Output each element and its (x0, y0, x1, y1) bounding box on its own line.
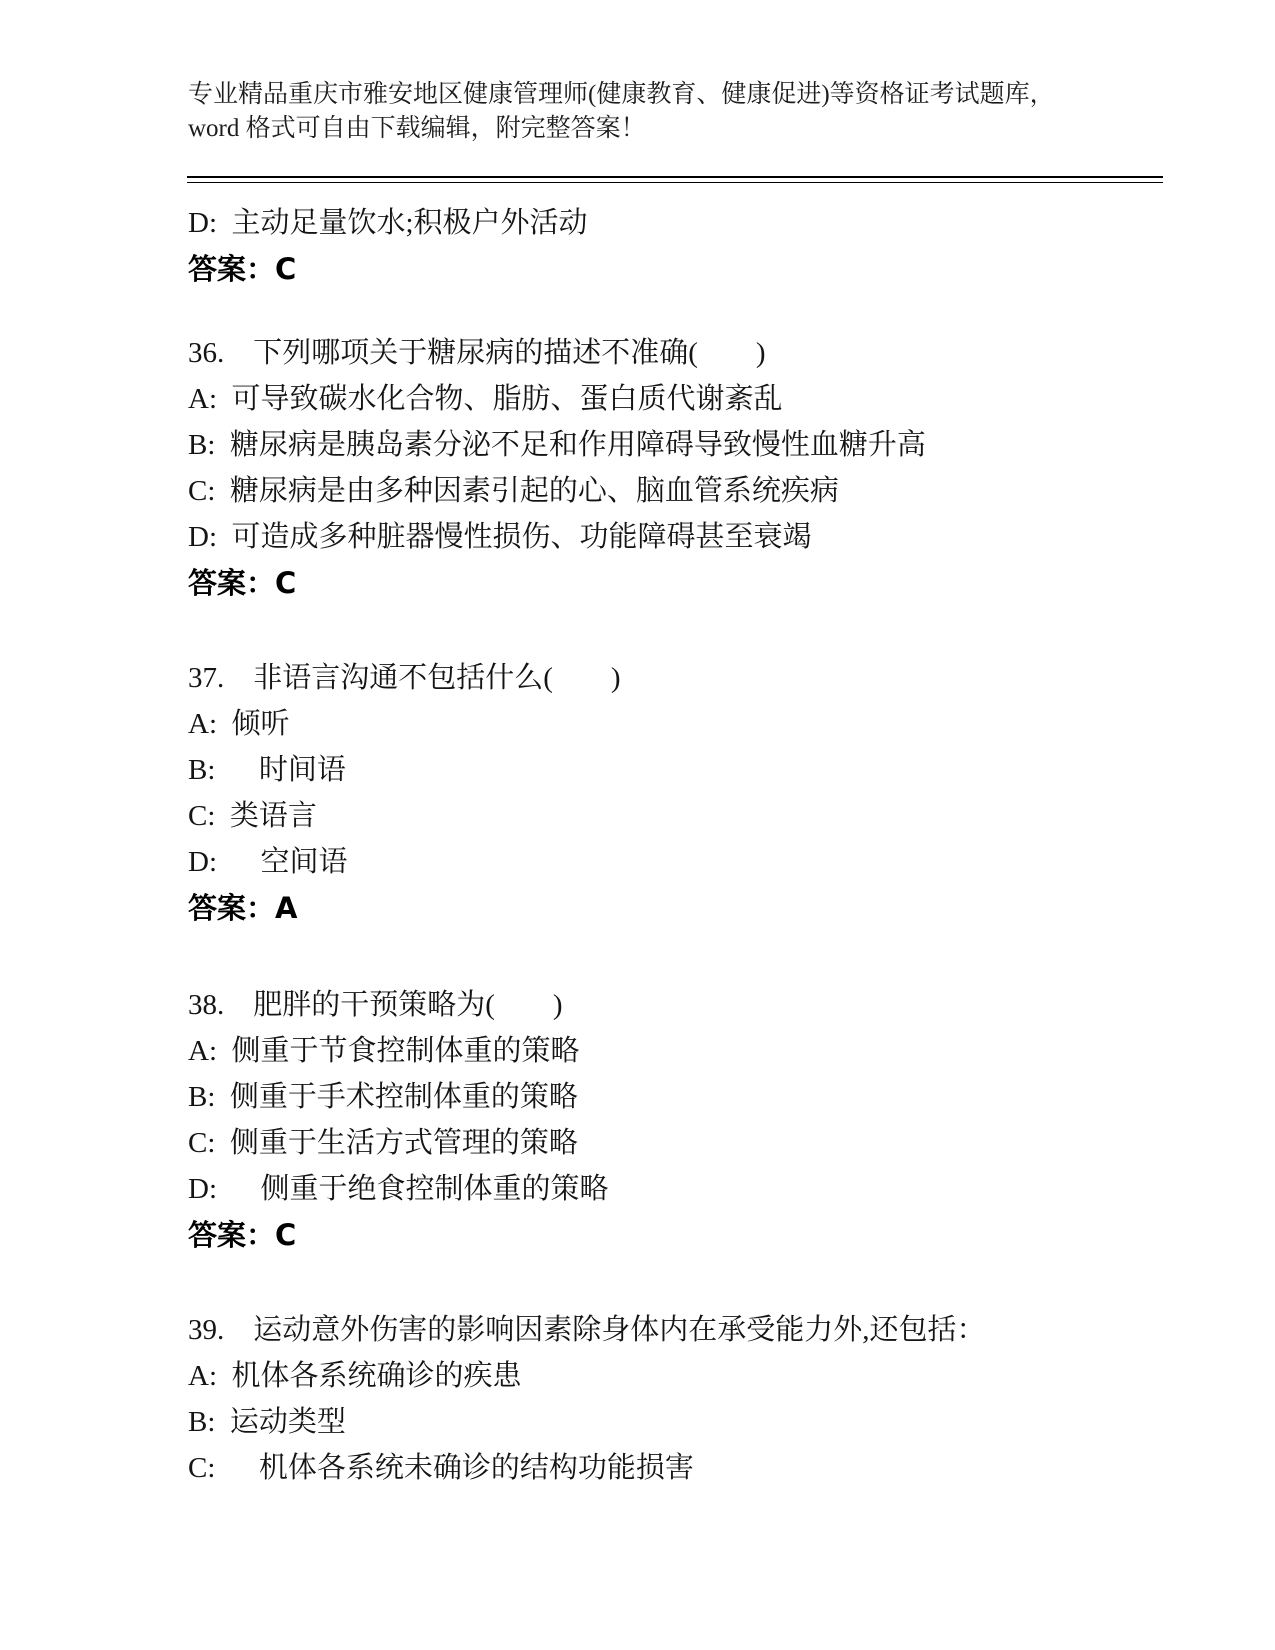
question-block-partial: D: 主动足量饮水;积极户外活动 答案：C (188, 200, 1173, 292)
option-line-a: A: 倾听 (188, 701, 1173, 747)
document-page: 专业精品重庆市雅安地区健康管理师(健康教育、健康促进)等资格证考试题库， wor… (0, 0, 1275, 1650)
question-block-37: 37. 非语言沟通不包括什么( ) A: 倾听 B: 时间语 C: 类语言 D:… (188, 655, 1173, 931)
option-line-b: B: 侧重于手术控制体重的策略 (188, 1074, 1173, 1120)
option-line-a: A: 机体各系统确诊的疾患 (188, 1353, 1173, 1399)
question-title: 36. 下列哪项关于糖尿病的描述不准确( ) (188, 330, 1173, 376)
answer-line: 答案：A (188, 885, 1173, 931)
question-block-39: 39. 运动意外伤害的影响因素除身体内在承受能力外,还包括： A: 机体各系统确… (188, 1307, 1173, 1491)
answer-line: 答案：C (188, 246, 1173, 292)
question-block-38: 38. 肥胖的干预策略为( ) A: 侧重于节食控制体重的策略 B: 侧重于手术… (188, 982, 1173, 1258)
header-line-2: word 格式可自由下载编辑，附完整答案！ (188, 112, 1168, 146)
option-line-b: B: 时间语 (188, 747, 1173, 793)
question-title: 39. 运动意外伤害的影响因素除身体内在承受能力外,还包括： (188, 1307, 1173, 1353)
option-line-a: A: 侧重于节食控制体重的策略 (188, 1028, 1173, 1074)
question-title: 38. 肥胖的干预策略为( ) (188, 982, 1173, 1028)
answer-line: 答案：C (188, 560, 1173, 606)
answer-line: 答案：C (188, 1212, 1173, 1258)
option-line-d: D: 主动足量饮水;积极户外活动 (188, 200, 1173, 246)
option-line-c: C: 糖尿病是由多种因素引起的心、脑血管系统疾病 (188, 468, 1173, 514)
option-line-d: D: 可造成多种脏器慢性损伤、功能障碍甚至衰竭 (188, 514, 1173, 560)
option-line-a: A: 可导致碳水化合物、脂肪、蛋白质代谢紊乱 (188, 376, 1173, 422)
header-rule (187, 176, 1163, 183)
option-line-c: C: 类语言 (188, 793, 1173, 839)
question-block-36: 36. 下列哪项关于糖尿病的描述不准确( ) A: 可导致碳水化合物、脂肪、蛋白… (188, 330, 1173, 606)
option-line-d: D: 空间语 (188, 839, 1173, 885)
option-line-d: D: 侧重于绝食控制体重的策略 (188, 1166, 1173, 1212)
option-line-c: C: 机体各系统未确诊的结构功能损害 (188, 1445, 1173, 1491)
document-header: 专业精品重庆市雅安地区健康管理师(健康教育、健康促进)等资格证考试题库， wor… (188, 78, 1168, 146)
option-line-b: B: 运动类型 (188, 1399, 1173, 1445)
option-line-c: C: 侧重于生活方式管理的策略 (188, 1120, 1173, 1166)
header-line-1: 专业精品重庆市雅安地区健康管理师(健康教育、健康促进)等资格证考试题库， (188, 78, 1168, 112)
option-line-b: B: 糖尿病是胰岛素分泌不足和作用障碍导致慢性血糖升高 (188, 422, 1173, 468)
question-title: 37. 非语言沟通不包括什么( ) (188, 655, 1173, 701)
